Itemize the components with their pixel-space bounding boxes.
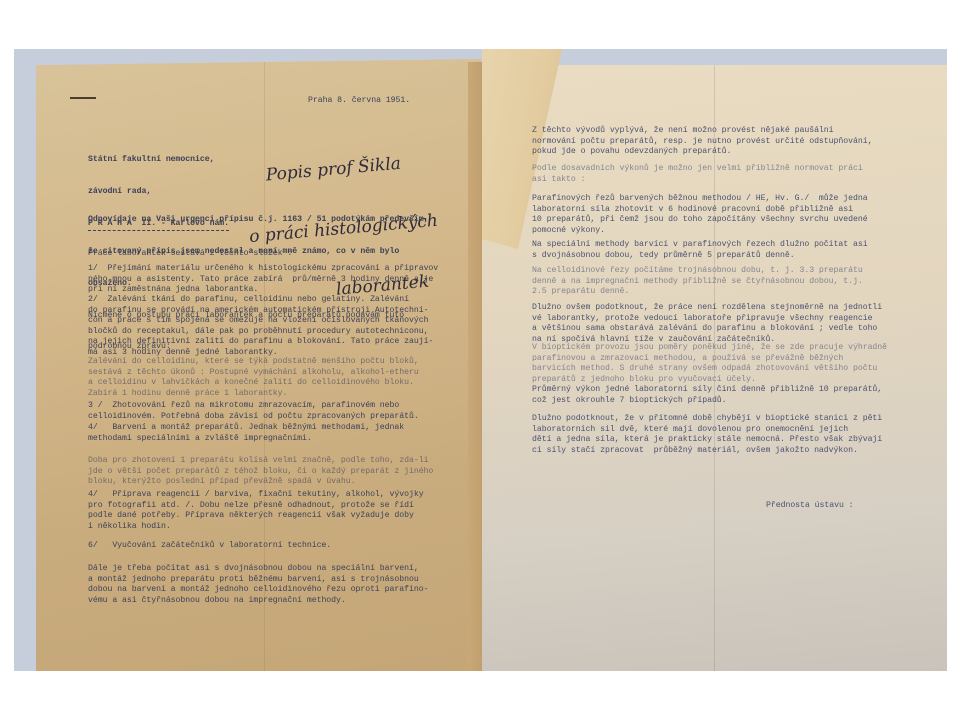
text-line: a většinou sama obstarává zalévání do pa… <box>532 324 882 335</box>
text-line: Podle dosavadních výkonů je možno jen ve… <box>532 164 863 175</box>
text-line: na jejich definitivní zalití do parafinu… <box>88 337 433 348</box>
text-line: pomocné výkony. <box>532 226 868 237</box>
text-line: 3 / Zhotovování řezů na mikrotomu zmrazo… <box>88 401 419 412</box>
body-paragraph: Na celloidinové řezy počítáme trojnásobn… <box>532 266 863 298</box>
text-line: 4/ Příprava reagencií / barviva, fixační… <box>88 490 424 501</box>
text-line: jde o větší počet preparátů z téhož blok… <box>88 467 433 478</box>
text-line: Zabírá 1 hodinu denně práce 1 laborantky… <box>88 389 419 400</box>
text-line: Parafinových řezů barvených běžnou metho… <box>532 194 868 205</box>
body-paragraph: Na speciální methody barvící v parafinov… <box>532 240 868 261</box>
text-line: s dvojnásobnou dobou, tedy průměrně 5 pr… <box>532 251 868 262</box>
text-line: preparátů z jednoho bloku pro vyučovací … <box>532 375 887 386</box>
numbered-item: Zalévání do celloidinu, které se týká po… <box>88 357 419 399</box>
text-line: 2.5 preparátu denně. <box>532 287 863 298</box>
text-line: i několika hodin. <box>88 522 424 533</box>
text-line: sestává z těchto úkonů : Postupné vymách… <box>88 368 419 379</box>
text-line: barvicích method. S druhé strany ovšem o… <box>532 364 887 375</box>
text-line: denně a na impregnační methody přibližně… <box>532 277 863 288</box>
text-line: asi takto : <box>532 175 863 186</box>
text-line: pro fotografii atd. /. Dobu nelze přesně… <box>88 501 424 512</box>
text-line: dobou na barvení a montáž jednoho celloi… <box>88 585 428 596</box>
text-line: dětí a jedna síla, která je prakticky st… <box>532 435 882 446</box>
body-paragraph: V bioptickém provozu jsou poměry poněkud… <box>532 343 887 385</box>
text-line: 10 preparátů, při čemž jsou do toho zapo… <box>532 215 868 226</box>
text-line: Dlužno podotknout, že v přítomné době ch… <box>532 414 882 425</box>
numbered-item: 1/ Přejímání materiálu určeného k histol… <box>88 264 438 296</box>
signature-line: Přednosta ústavu : <box>766 501 854 512</box>
text-line: con a práce s tím spojená se omezuje na … <box>88 316 433 327</box>
text-line: celloidinovém. Potřebná doba závisí od p… <box>88 412 419 423</box>
text-line: ného mnou a asistenty. Tato práce zabírá… <box>88 275 438 286</box>
text-line: Dlužno ovšem podotknout, že práce není r… <box>532 303 882 314</box>
text-line: normování počtu preparátů, resp. je nutn… <box>532 137 872 148</box>
numbered-item: 4/ Příprava reagencií / barviva, fixační… <box>88 490 424 532</box>
numbered-item: Doba pro zhotovení 1 preparátu kolísá ve… <box>88 456 433 488</box>
body-paragraph: Dlužno ovšem podotknout, že práce není r… <box>532 303 882 345</box>
addressee-line: Státní fakultní nemocnice, <box>88 155 229 166</box>
date-line: Praha 8. června 1951. <box>308 96 410 107</box>
body-paragraph: Z těchto vývodů vyplývá, že není možno p… <box>532 126 872 158</box>
text-line: bloku, kterýžto poslední případ převážně… <box>88 477 433 488</box>
text-line: 1/ Přejímání materiálu určeného k histol… <box>88 264 438 275</box>
section-intro: Práce laborantek sestává z těchto složek… <box>88 249 292 260</box>
text-line: Dále je třeba počítat asi s dvojnásobnou… <box>88 564 428 575</box>
numbered-item: 4/ Barvení a montáž preparátů. Jednak bě… <box>88 423 404 444</box>
body-paragraph: Parafinových řezů barvených běžnou metho… <box>532 194 868 236</box>
text-line: 4/ Barvení a montáž preparátů. Jednak bě… <box>88 423 404 434</box>
text-line: laboratorních sil dvě, které mají dovole… <box>532 425 882 436</box>
numbered-item: Dále je třeba počítat asi s dvojnásobnou… <box>88 564 428 606</box>
numbered-item: 2/ Zalévání tkání do parafinu, celloidin… <box>88 295 433 359</box>
staple-mark <box>70 97 96 99</box>
body-paragraph: Průměrný výkon jedné laboratorní síly či… <box>532 385 882 406</box>
text-line: Průměrný výkon jedné laboratorní síly či… <box>532 385 882 396</box>
text-line: do parafinu se provádí na americkém auto… <box>88 306 433 317</box>
text-line: Na speciální methody barvící v parafinov… <box>532 240 868 251</box>
text-line: 6/ Vyučování začátečníků v laboratorní t… <box>88 541 331 552</box>
text-line: bločků do receptakul, dále pak po proběh… <box>88 327 433 338</box>
numbered-item: 6/ Vyučování začátečníků v laboratorní t… <box>88 541 331 552</box>
text-line: parafinovou a zmrazovací methodou, a pou… <box>532 354 887 365</box>
text-line: podle dané potřeby. Příprava některých r… <box>88 511 424 522</box>
text-line: Doba pro zhotovení 1 preparátu kolísá ve… <box>88 456 433 467</box>
text-line: pokud jde o povahu odevzdaných preparátů… <box>532 147 872 158</box>
text-line: cí síly stačí zpracovat průběžný materiá… <box>532 446 882 457</box>
text-line: a celloidinu v lahvičkách a konečné zali… <box>88 378 419 389</box>
text-line: methodami speciálními a zvláště impregna… <box>88 434 404 445</box>
handwritten-line: Popis prof Šikla <box>265 151 433 185</box>
text-line: a montáž jednoho preparátu proti běžnému… <box>88 575 428 586</box>
text-line: vé laborantky, protože vedoucí laboratoř… <box>532 314 882 325</box>
body-paragraph: Dlužno podotknout, že v přítomné době ch… <box>532 414 882 456</box>
text-line: což jest okrouhle 7 bioptických případů. <box>532 396 882 407</box>
text-line: 2/ Zalévání tkání do parafinu, celloidin… <box>88 295 433 306</box>
text-line: Z těchto vývodů vyplývá, že není možno p… <box>532 126 872 137</box>
numbered-item: 3 / Zhotovování řezů na mikrotomu zmrazo… <box>88 401 419 422</box>
text-line: vému a asi čtyřnásobnou dobou na impregn… <box>88 596 428 607</box>
text-line: Odpovídaje na Vaši urgenci přípisu č.j. … <box>88 215 428 226</box>
text-line: V bioptickém provozu jsou poměry poněkud… <box>532 343 887 354</box>
text-line: laboratorní síla zhotovit v 6 hodinové p… <box>532 205 868 216</box>
body-paragraph: Podle dosavadních výkonů je možno jen ve… <box>532 164 863 185</box>
text-line: Zalévání do celloidinu, které se týká po… <box>88 357 419 368</box>
text-line: Na celloidinové řezy počítáme trojnásobn… <box>532 266 863 277</box>
